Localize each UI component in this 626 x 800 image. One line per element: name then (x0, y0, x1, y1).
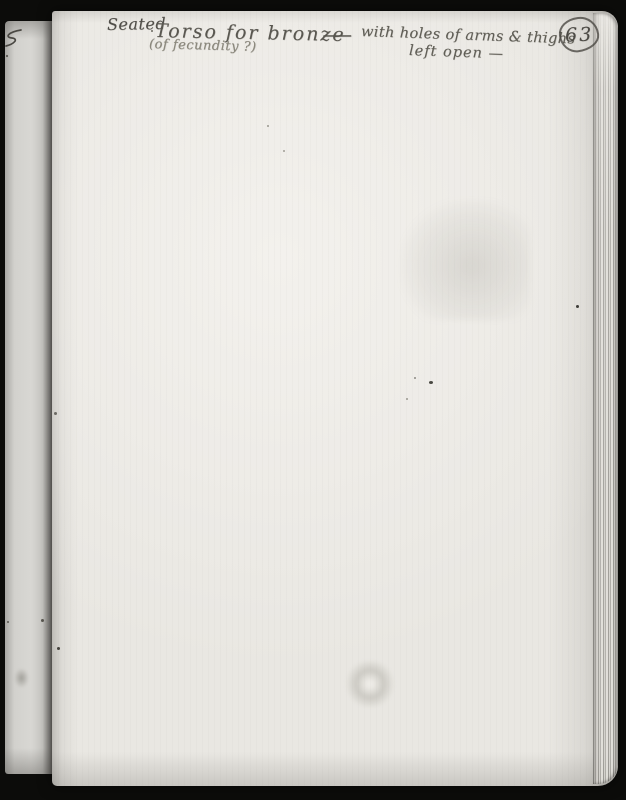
handwriting-dot (151, 30, 153, 32)
notebook-photo: Seated Torso for bronze — with holes of … (0, 0, 626, 800)
paper-speck (57, 647, 60, 650)
paper-speck (429, 381, 433, 384)
paper-speck (7, 621, 9, 623)
paper-speck (283, 150, 285, 152)
notebook-page: Seated Torso for bronze — with holes of … (52, 11, 618, 786)
paper-speck (41, 619, 44, 622)
gutter-smudge (14, 668, 29, 688)
handwriting-dash: — (322, 24, 352, 46)
handwriting-parenthetical: (of fecundity ?) (149, 37, 257, 55)
page-number: 63 (565, 23, 594, 46)
paper-smudge (400, 200, 530, 320)
paper-stain (345, 661, 395, 707)
paper-texture (52, 11, 618, 786)
paper-speck (54, 412, 57, 415)
facing-page-sliver (5, 21, 52, 774)
paper-speck (406, 398, 408, 400)
paper-speck (576, 305, 579, 308)
paper-speck (267, 125, 269, 127)
handwriting-detail-line2: left open — (409, 43, 505, 62)
page-edge-stack (593, 13, 618, 784)
facing-page-ink-stroke-icon (1, 25, 27, 69)
paper-speck (414, 377, 416, 379)
